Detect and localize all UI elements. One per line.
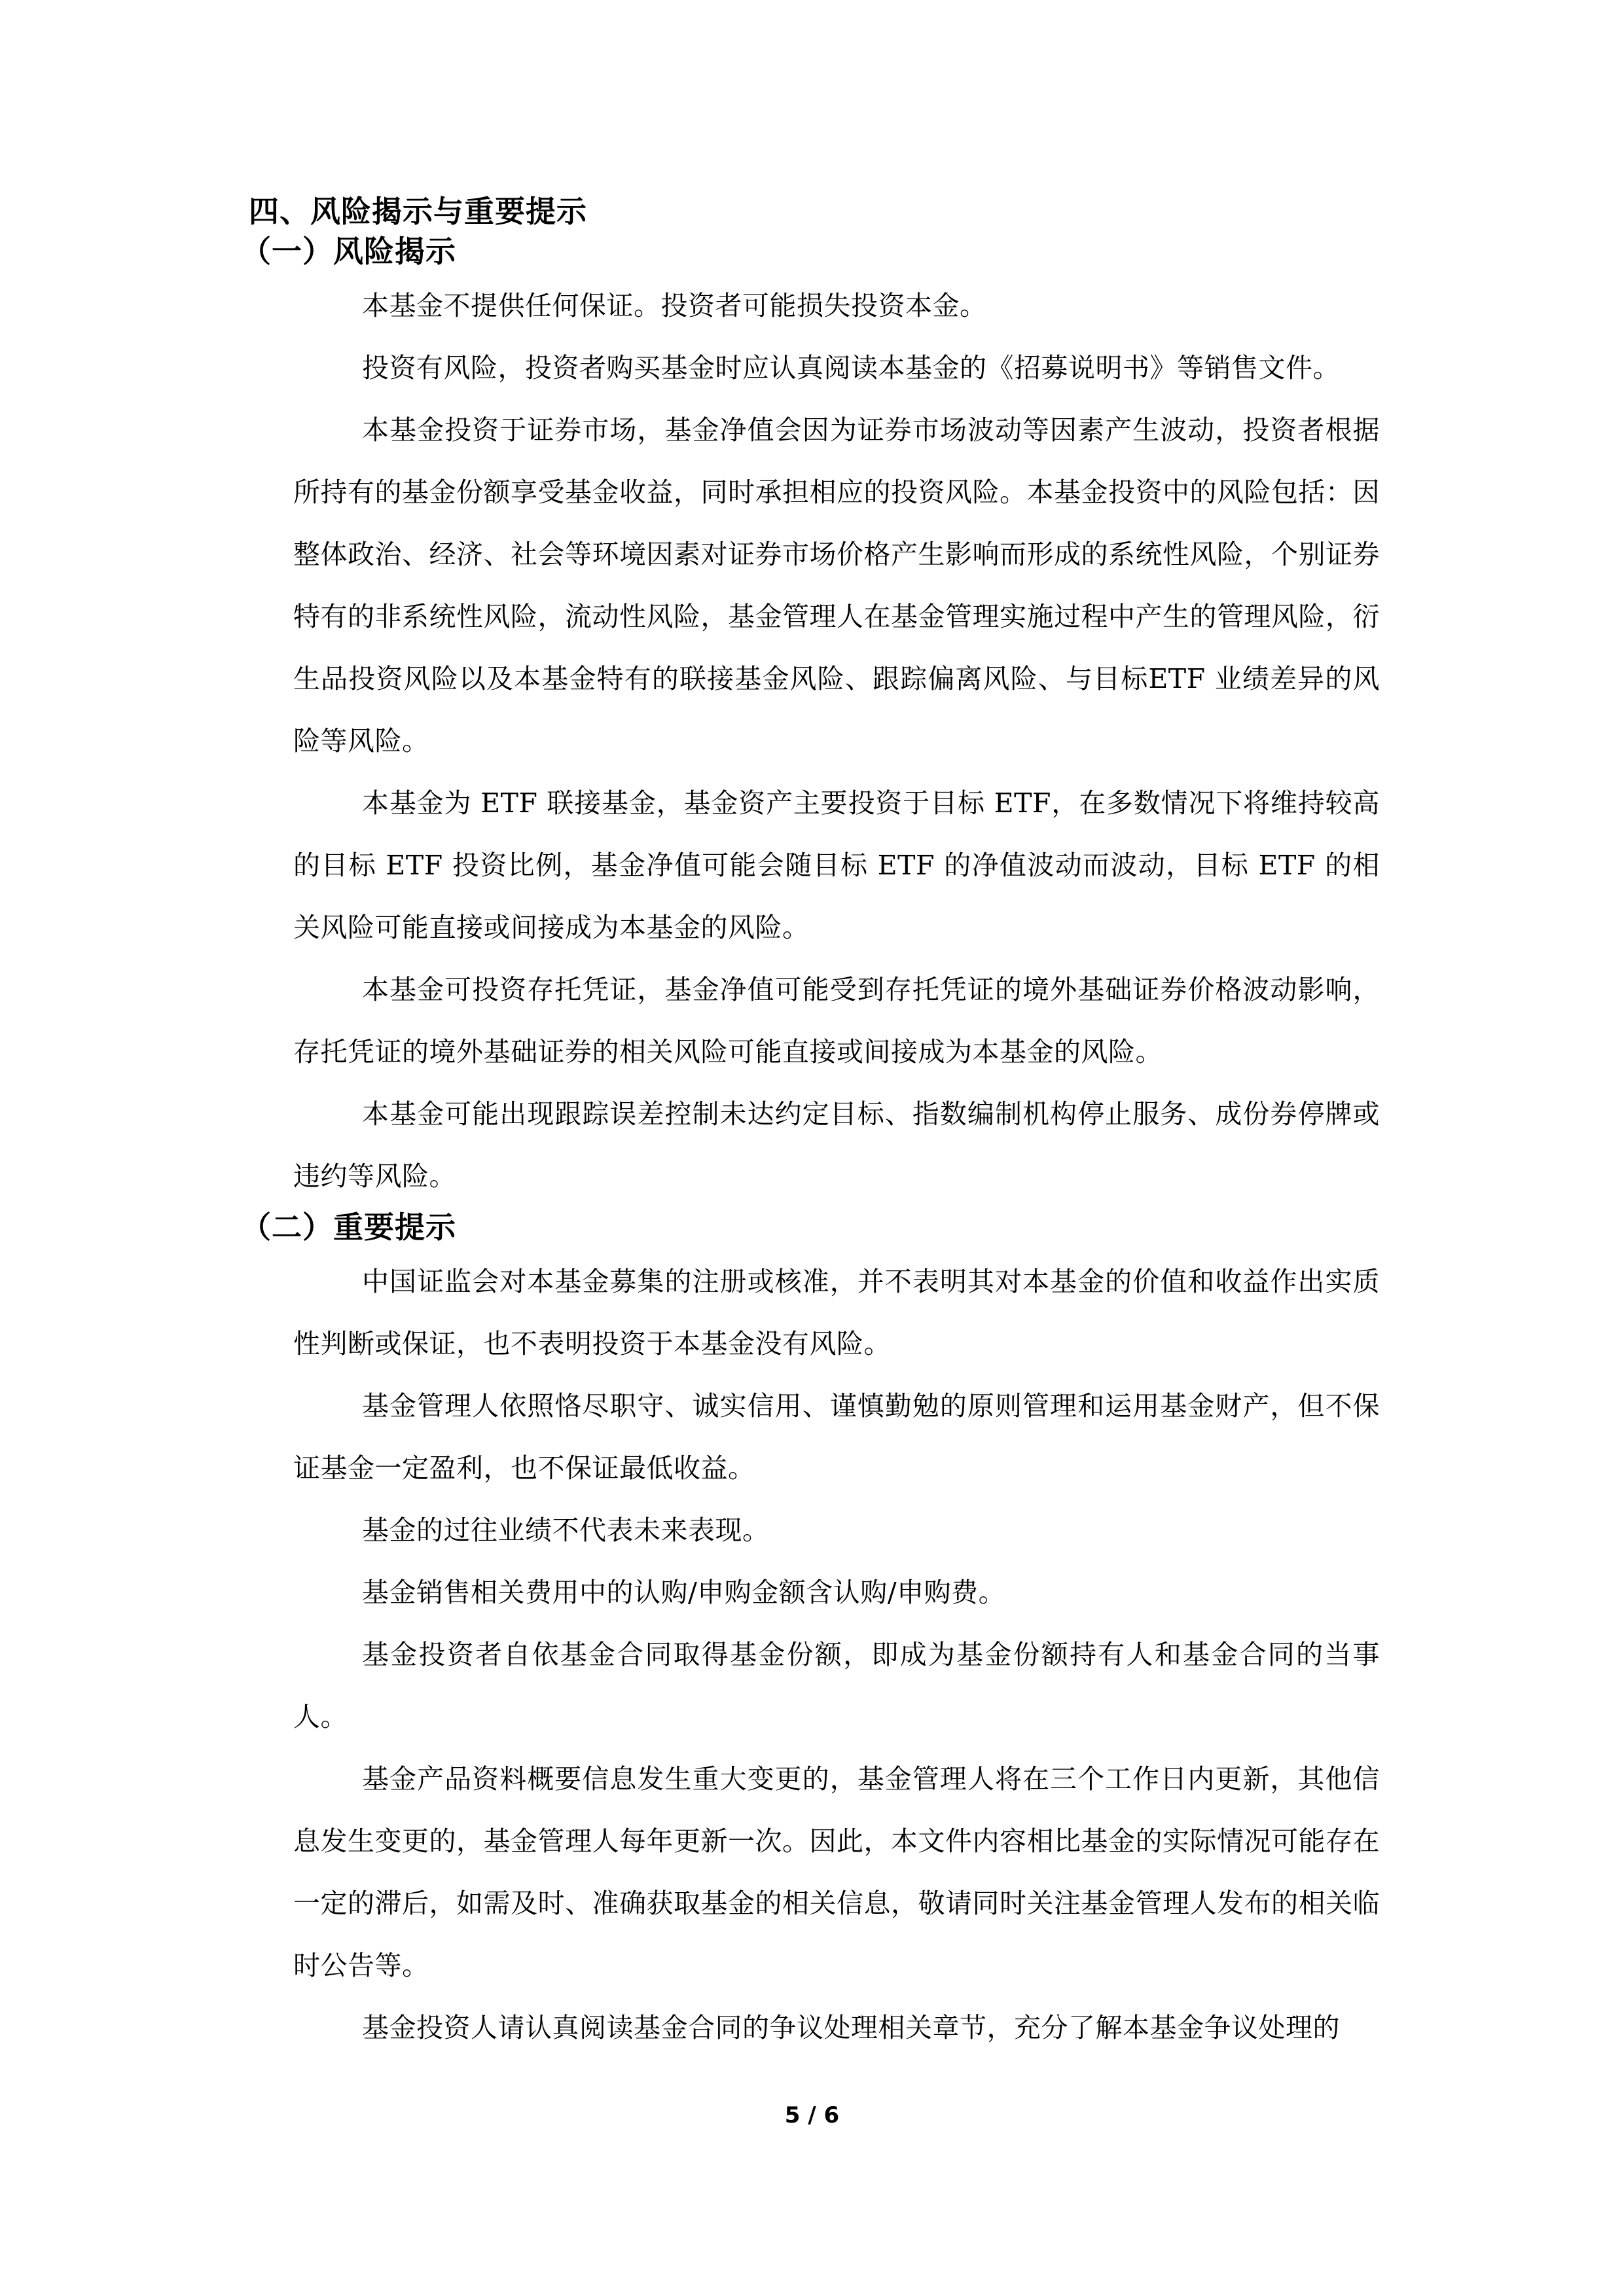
paragraph: 基金产品资料概要信息发生重大变更的，基金管理人将在三个工作日内更新，其他信息发生… [293, 1748, 1380, 1997]
paragraph: 本基金为 ETF 联接基金，基金资产主要投资于目标 ETF，在多数情况下将维持较… [293, 772, 1380, 959]
paragraph: 基金投资者自依基金合同取得基金份额，即成为基金份额持有人和基金合同的当事人。 [293, 1624, 1380, 1748]
paragraph: 基金管理人依照恪尽职守、诚实信用、谨慎勤勉的原则管理和运用基金财产，但不保证基金… [293, 1375, 1380, 1499]
paragraph: 本基金投资于证券市场，基金净值会因为证券市场波动等因素产生波动，投资者根据所持有… [293, 399, 1380, 772]
subsection-risk-disclosure: （一）风险揭示 本基金不提供任何保证。投资者可能损失投资本金。 投资有风险，投资… [293, 232, 1380, 1208]
subsection-important-notice: （二）重要提示 中国证监会对本基金募集的注册或核准，并不表明其对本基金的价值和收… [293, 1208, 1380, 2059]
paragraph: 中国证监会对本基金募集的注册或核准，并不表明其对本基金的价值和收益作出实质性判断… [293, 1251, 1380, 1375]
subsection-title: （一）风险揭示 [241, 232, 1380, 271]
paragraph: 本基金不提供任何保证。投资者可能损失投资本金。 [293, 275, 1380, 337]
page-number: 5 / 6 [0, 2102, 1624, 2128]
section-title: 四、风险揭示与重要提示 [249, 191, 1380, 232]
paragraph: 投资有风险，投资者购买基金时应认真阅读本基金的《招募说明书》等销售文件。 [293, 337, 1380, 399]
paragraph: 基金投资人请认真阅读基金合同的争议处理相关章节，充分了解本基金争议处理的 [293, 1997, 1380, 2059]
paragraph: 基金的过往业绩不代表未来表现。 [293, 1499, 1380, 1562]
subsection-title: （二）重要提示 [241, 1208, 1380, 1247]
paragraph: 基金销售相关费用中的认购/申购金额含认购/申购费。 [293, 1562, 1380, 1624]
document-page: 四、风险揭示与重要提示 （一）风险揭示 本基金不提供任何保证。投资者可能损失投资… [293, 191, 1380, 2059]
paragraph: 本基金可投资存托凭证，基金净值可能受到存托凭证的境外基础证券价格波动影响，存托凭… [293, 959, 1380, 1083]
paragraph: 本基金可能出现跟踪误差控制未达约定目标、指数编制机构停止服务、成份券停牌或违约等… [293, 1083, 1380, 1208]
